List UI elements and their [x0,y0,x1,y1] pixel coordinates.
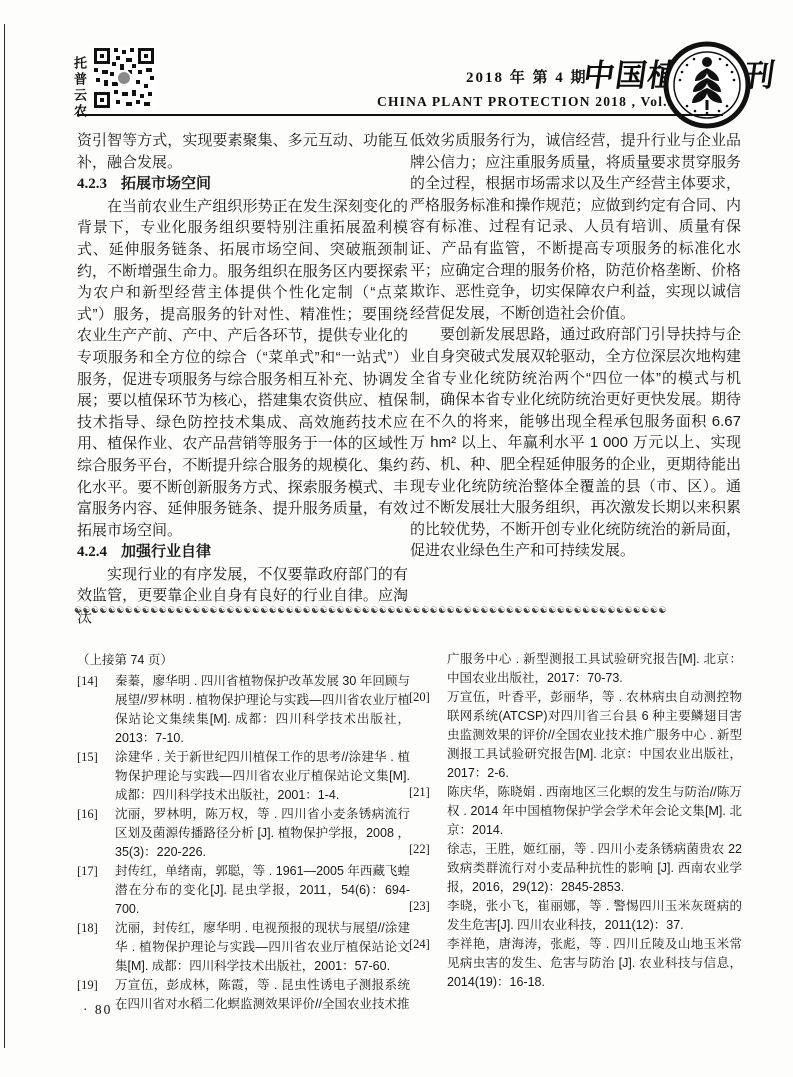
reference-text: 李晓，张小飞，崔丽娜，等 . 警惕四川玉米灰斑病的发生危害[J]. 四川农业科技… [447,897,742,935]
reference-item: [19]万宣伍，彭成林，陈霞，等 . 昆虫性诱电子测报系统在四川省对水稻二化螟监… [77,976,410,1014]
reference-item: [18]沈丽，封传红，廖华明 . 电视预报的现状与展望//涂建华 . 植物保护理… [77,919,410,976]
reference-number: [16] [77,805,115,862]
journal-seal-icon [662,40,752,130]
paragraph-continuation: 低效劣质服务行为，诚信经营，提升行业与企业品牌公信力；应注重服务质量，将质量要求… [410,130,741,324]
reference-text: 李祥艳，唐海涛，张彪，等 . 四川丘陵及山地玉米常见病虫害的发生、危害与防治 [… [447,935,742,992]
paragraph-continuation: 资引智等方式，实现要素聚集、多元互动、功能互补，融合发展。 [77,130,408,173]
references-left-column: [14]秦蓁，廖华明 . 四川省植物保护改革发展 30 年回顾与展望//罗林明 … [77,672,410,1014]
paragraph: 实现行业的有序发展，不仅要靠政府部门的有效监管，更要靠企业自身有良好的行业自律。… [77,564,408,629]
paragraph: 要创新发展思路，通过政府部门引导扶持与企业自身突破式发展双轮驱动，全方位深层次地… [410,324,741,562]
article-left-column: 资引智等方式，实现要素聚集、多元互动、功能互补，融合发展。 4.2.3拓展市场空… [77,130,408,629]
qr-code-icon [92,46,156,110]
reference-item: [24]李祥艳，唐海涛，张彪，等 . 四川丘陵及山地玉米常见病虫害的发生、危害与… [409,935,742,992]
qr-caption: 托普云农 [70,56,89,120]
reference-text: 涂建华 . 关于新世纪四川植保工作的思考//涂建华 . 植物保护理论与实践—四川… [115,748,410,805]
section-number: 4.2.3 [77,176,107,192]
reference-number [409,650,447,688]
reference-item: [17]封传红，单绪南，郭聪，等 . 1961—2005 年西藏飞蝗潜在分布的变… [77,862,410,919]
reference-item: [23]李晓，张小飞，崔丽娜，等 . 警惕四川玉米灰斑病的发生危害[J]. 四川… [409,897,742,935]
reference-number: [17] [77,862,115,919]
reference-text: 沈丽，罗林明，陈万权，等 . 四川省小麦条锈病流行区划及菌源传播路径分析 [J]… [115,805,410,862]
reference-number: [21] [409,783,447,840]
reference-number: [15] [77,748,115,805]
reference-text: 万宣伍，叶香平，彭丽华，等 . 农林病虫自动测控物联网系统(ATCSP)对四川省… [447,688,742,783]
reference-text: 陈庆华，陈晓娟 . 西南地区三化螟的发生与防治//陈万权 . 2014 年中国植… [447,783,742,840]
reference-text: 广服务中心 . 新型测报工具试验研究报告[M]. 北京：中国农业出版社，2017… [447,650,742,688]
ornamental-separator: ☯☯☯☯☯☯☯☯☯☯☯☯☯☯☯☯☯☯☯☯☯☯☯☯☯☯☯☯☯☯☯☯☯☯☯☯☯☯☯☯… [74,603,742,617]
reference-item: [20]万宣伍，叶香平，彭丽华，等 . 农林病虫自动测控物联网系统(ATCSP)… [409,688,742,783]
reference-text: 万宣伍，彭成林，陈霞，等 . 昆虫性诱电子测报系统在四川省对水稻二化螟监测效果评… [115,976,410,1014]
section-title: 加强行业自律 [121,543,211,560]
article-right-column: 低效劣质服务行为，诚信经营，提升行业与企业品牌公信力；应注重服务质量，将质量要求… [410,130,741,562]
reference-item: [22]徐志，王胜，姬红丽，等 . 四川小麦条锈病菌贵农 22 致病类群流行对小… [409,840,742,897]
header-rule [77,114,723,116]
reference-number: [22] [409,840,447,897]
page-number: · 80 · [83,1002,124,1018]
reference-item: [21]陈庆华，陈晓娟 . 西南地区三化螟的发生与防治//陈万权 . 2014 … [409,783,742,840]
reference-item: [16]沈丽，罗林明，陈万权，等 . 四川省小麦条锈病流行区划及菌源传播路径分析… [77,805,410,862]
reference-number: [23] [409,897,447,935]
paragraph: 在当前农业生产组织形势正在发生深刻变化的背景下，专业化服务组织要特别注重拓展盈利… [77,196,408,542]
reference-text: 秦蓁，廖华明 . 四川省植物保护改革发展 30 年回顾与展望//罗林明 . 植物… [115,672,410,748]
reference-text: 徐志，王胜，姬红丽，等 . 四川小麦条锈病菌贵农 22 致病类群流行对小麦品种抗… [447,840,742,897]
references-right-column: 广服务中心 . 新型测报工具试验研究报告[M]. 北京：中国农业出版社，2017… [409,650,742,992]
left-edge-rule [4,24,5,1048]
section-title: 拓展市场空间 [121,175,211,192]
section-heading-423: 4.2.3拓展市场空间 [77,173,408,196]
reference-item: [14]秦蓁，廖华明 . 四川省植物保护改革发展 30 年回顾与展望//罗林明 … [77,672,410,748]
reference-item: 广服务中心 . 新型测报工具试验研究报告[M]. 北京：中国农业出版社，2017… [409,650,742,688]
reference-number: [18] [77,919,115,976]
issue-label: 2018 年 第 4 期 [466,66,588,87]
reference-number: [20] [409,688,447,783]
reference-text: 沈丽，封传红，廖华明 . 电视预报的现状与展望//涂建华 . 植物保护理论与实践… [115,919,410,976]
reference-number: [24] [409,935,447,992]
section-number: 4.2.4 [77,544,107,560]
continued-from-note: （上接第 74 页） [77,650,173,668]
reference-number: [14] [77,672,115,748]
reference-text: 封传红，单绪南，郭聪，等 . 1961—2005 年西藏飞蝗潜在分布的变化[J]… [115,862,410,919]
reference-item: [15]涂建华 . 关于新世纪四川植保工作的思考//涂建华 . 植物保护理论与实… [77,748,410,805]
journal-page: 托普云农 2018 年 第 4 期 中国植保导刊 CHINA PLANT PRO… [0,0,793,1077]
section-heading-424: 4.2.4加强行业自律 [77,541,408,564]
